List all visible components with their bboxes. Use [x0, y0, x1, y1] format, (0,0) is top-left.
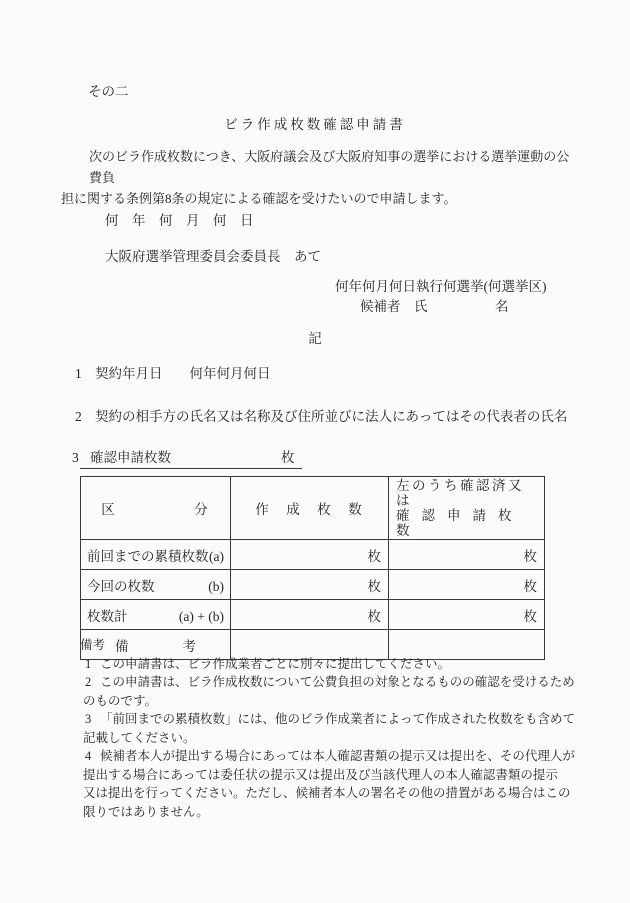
record-mark: 記 [0, 327, 630, 347]
note-item: 1この申請書は、ビラ作成業者ごとに別々に提出してください。 [80, 655, 582, 674]
row-label-cell: 今回の枚数(b) [81, 570, 231, 600]
header-made-count: 作 成 枚 数 [231, 477, 389, 540]
confirmation-table: 区 分 作 成 枚 数 左のうち確認済又は 確認申請枚数 前回までの累積枚数(a… [80, 476, 545, 660]
intro-line: 次のビラ作成枚数につき、大阪府議会及び大阪府知事の選挙における選挙運動の公費負 [61, 146, 573, 188]
row-label-cell: 前回までの累積枚数(a) [81, 540, 231, 570]
notes-title: 備考 [80, 636, 582, 655]
header-confirmed-line1: 左のうち確認済又は [396, 478, 537, 508]
row-label-cell: 枚数計(a) + (b) [81, 600, 231, 630]
requested-count-item: 3確認申請枚数枚 [72, 446, 302, 469]
header-confirmed-count: 左のうち確認済又は 確認申請枚数 [389, 477, 545, 540]
intro-paragraph: 次のビラ作成枚数につき、大阪府議会及び大阪府知事の選挙における選挙運動の公費負 … [61, 146, 573, 209]
header-category: 区 分 [81, 477, 231, 540]
candidate-block: 何年何月何日執行何選挙(何選挙区) 候補者 氏 名 [335, 277, 547, 317]
header-confirmed-line2: 確認申請枚数 [396, 508, 537, 538]
contract-date-item: 1契約年月日 何年何月何日 [75, 362, 271, 382]
item-text: 契約年月日 何年何月何日 [95, 366, 271, 381]
item-number: 3 [72, 450, 80, 466]
made-count-cell: 枚 [231, 600, 389, 630]
note-line-text: この申請書は、ビラ作成業者ごとに別々に提出してください。 [100, 657, 450, 671]
table-header-row: 区 分 作 成 枚 数 左のうち確認済又は 確認申請枚数 [81, 477, 545, 540]
notes-section: 備考 1この申請書は、ビラ作成業者ごとに別々に提出してください。 2この申請書は… [80, 636, 582, 821]
note-line-text: 記載してください。 [80, 729, 582, 748]
intro-line: 担に関する条例第8条の規定による確認を受けたいので申請します。 [61, 188, 573, 209]
note-line-text: のものです。 [80, 692, 582, 711]
item-text: 契約の相手方の氏名又は名称及び住所並びに法人にあってはその代表者の氏名 [95, 409, 567, 424]
note-number: 2 [85, 673, 100, 692]
row-marker: (b) [208, 579, 224, 595]
requested-count-underline: 確認申請枚数枚 [80, 446, 302, 469]
form-number-label: その二 [88, 80, 129, 100]
made-count-cell: 枚 [231, 540, 389, 570]
note-line-text: 限りではありません。 [80, 803, 582, 822]
note-number: 3 [85, 710, 100, 729]
note-item: 2この申請書は、ビラ作成枚数について公費負担の対象となるものの確認を受けるため … [80, 673, 582, 710]
note-line-text: 候補者本人が提出する場合にあっては本人確認書類の提示又は提出を、その代理人が [100, 749, 575, 763]
note-item: 3「前回までの累積枚数」には、他のビラ作成業者によって作成された枚数をも含めて … [80, 710, 582, 747]
row-marker: (a) [209, 549, 224, 565]
row-label: 前回までの累積枚数 [87, 545, 209, 565]
item-number: 2 [75, 409, 95, 425]
confirmed-count-cell: 枚 [389, 540, 545, 570]
confirmed-count-cell: 枚 [389, 570, 545, 600]
counterparty-item: 2契約の相手方の氏名又は名称及び住所並びに法人にあってはその代表者の氏名 [75, 405, 567, 425]
addressee-line: 大阪府選挙管理委員会委員長 あて [105, 245, 321, 265]
candidate-name-line: 候補者 氏 名 [360, 297, 547, 317]
confirmed-count-cell: 枚 [389, 600, 545, 630]
note-line-text: 又は提出を行ってください。ただし、候補者本人の署名その他の措置がある場合はこの [80, 784, 582, 803]
note-number: 4 [85, 747, 100, 766]
table-row: 前回までの累積枚数(a) 枚 枚 [81, 540, 545, 570]
note-number: 1 [85, 655, 100, 674]
table-row: 今回の枚数(b) 枚 枚 [81, 570, 545, 600]
note-line-text: この申請書は、ビラ作成枚数について公費負担の対象となるものの確認を受けるため [100, 675, 575, 689]
note-line-text: 提出する場合にあっては委任状の提示又は提出及び当該代理人の本人確認書類の提示 [80, 766, 582, 785]
row-label: 今回の枚数 [87, 575, 155, 595]
item-number: 1 [75, 366, 95, 382]
document-page: その二 ビラ作成枚数確認申請書 次のビラ作成枚数につき、大阪府議会及び大阪府知事… [0, 0, 630, 903]
election-name-line: 何年何月何日執行何選挙(何選挙区) [335, 277, 547, 297]
note-line-text: 「前回までの累積枚数」には、他のビラ作成業者によって作成された枚数をも含めて [100, 712, 575, 726]
item-text: 確認申請枚数 [90, 446, 171, 466]
row-marker: (a) + (b) [179, 609, 224, 625]
application-date-line: 何 年 何 月 何 日 [105, 209, 254, 229]
row-label: 枚数計 [87, 605, 128, 625]
table-row: 枚数計(a) + (b) 枚 枚 [81, 600, 545, 630]
made-count-cell: 枚 [231, 570, 389, 600]
document-title: ビラ作成枚数確認申請書 [0, 113, 630, 133]
count-unit: 枚 [281, 446, 295, 466]
note-item: 4候補者本人が提出する場合にあっては本人確認書類の提示又は提出を、その代理人が … [80, 747, 582, 821]
